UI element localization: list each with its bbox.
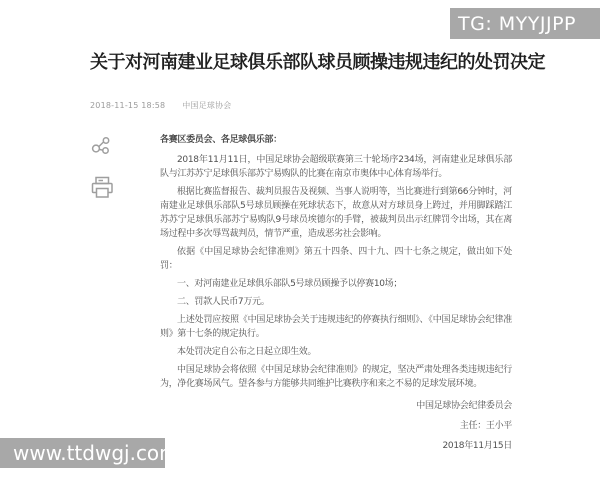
printer-icon bbox=[89, 174, 115, 201]
article-page: { "watermarks": { "top_right": "TG: MYYJ… bbox=[0, 0, 600, 480]
share-button[interactable] bbox=[89, 133, 115, 159]
body-paragraph: 本处罚决定自公布之日起立即生效。 bbox=[160, 345, 512, 359]
signature-date: 2018年11月15日 bbox=[160, 439, 512, 453]
page-title: 关于对河南建业足球俱乐部队球员顾操违规违纪的处罚决定 bbox=[90, 51, 545, 75]
body-paragraph: 2018年11月11日，中国足球协会超级联赛第三十轮场序234场，河南建业足球俱… bbox=[160, 153, 512, 181]
watermark-bottom-left: www.ttdwgj.com bbox=[0, 438, 165, 468]
body-paragraph: 一、对河南建业足球俱乐部队5号球员顾操予以停赛10场； bbox=[160, 277, 512, 291]
signature-block: 中国足球协会纪律委员会 主任：王小平 2018年11月15日 bbox=[160, 399, 512, 453]
salutation: 各赛区委员会、各足球俱乐部： bbox=[160, 133, 512, 147]
body-paragraph: 根据比赛监督报告、裁判员报告及视频、当事人说明等，当比赛进行到第66分钟时，河南… bbox=[160, 185, 512, 241]
publish-source: 中国足球协会 bbox=[182, 100, 231, 111]
share-icon bbox=[89, 134, 115, 158]
print-button[interactable] bbox=[89, 174, 115, 200]
body-paragraph: 二、罚款人民币7万元。 bbox=[160, 295, 512, 309]
watermark-top-right-text: TG: MYYJJPP bbox=[458, 13, 576, 35]
paragraphs: 2018年11月11日，中国足球协会超级联赛第三十轮场序234场，河南建业足球俱… bbox=[160, 153, 512, 391]
watermark-top-right: TG: MYYJJPP bbox=[450, 8, 600, 39]
signature-org: 中国足球协会纪律委员会 bbox=[160, 399, 512, 413]
body-paragraph: 中国足球协会将依照《中国足球协会纪律准则》的规定，坚决严肃处理各类违规违纪行为，… bbox=[160, 363, 512, 391]
watermark-bottom-left-text: www.ttdwgj.com bbox=[13, 441, 165, 465]
publish-date: 2018-11-15 18:58 bbox=[90, 101, 165, 110]
body-paragraph: 依据《中国足球协会纪律准则》第五十四条、四十九、四十七条之规定，做出如下处罚： bbox=[160, 245, 512, 273]
byline: 2018-11-15 18:58 中国足球协会 bbox=[90, 100, 232, 111]
tool-column bbox=[88, 133, 116, 200]
article-body: 各赛区委员会、各足球俱乐部： 2018年11月11日，中国足球协会超级联赛第三十… bbox=[160, 133, 512, 459]
body-paragraph: 上述处罚应按照《中国足球协会关于违规违纪的停赛执行细则》、《中国足球协会纪律准则… bbox=[160, 313, 512, 341]
signature-director: 主任：王小平 bbox=[160, 419, 512, 433]
